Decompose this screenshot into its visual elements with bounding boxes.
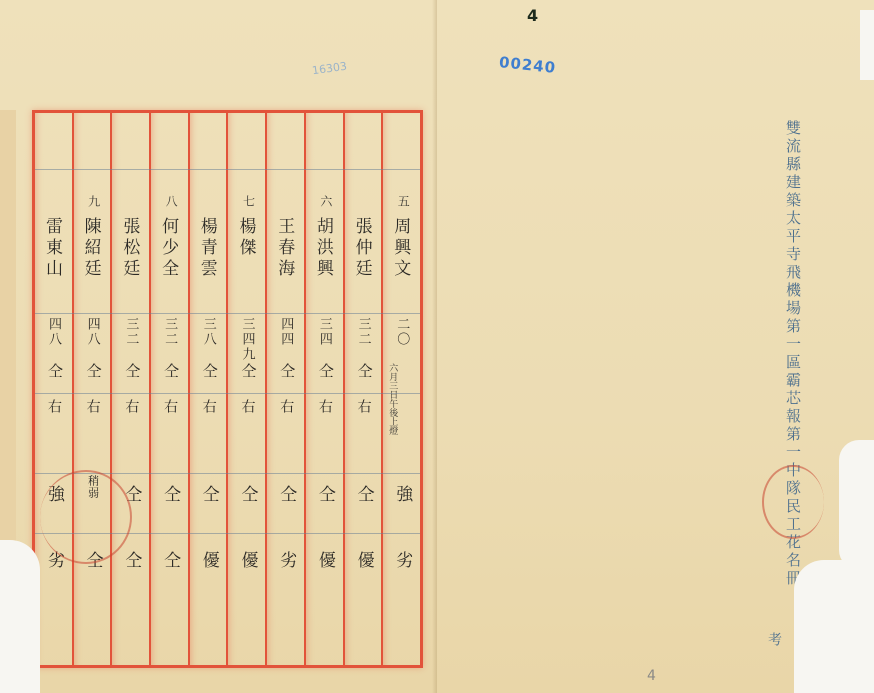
laborer-name: 張松廷 bbox=[120, 217, 137, 280]
red-seal-right bbox=[762, 465, 824, 539]
ledger-row: 楊青雲三八仝右仝優 bbox=[188, 113, 227, 665]
side-mark: 右 bbox=[202, 399, 216, 417]
same-mark: 仝 bbox=[357, 363, 372, 382]
ledger-row: 王春海四四仝右仝劣 bbox=[265, 113, 304, 665]
same-mark: 仝 bbox=[47, 363, 62, 382]
same-mark: 仝 bbox=[318, 363, 333, 382]
laborer-age: 二〇 bbox=[395, 317, 408, 347]
page-number-mark: 4 bbox=[527, 6, 538, 25]
work-grade: 優 bbox=[200, 551, 217, 572]
health-strength: 強 bbox=[393, 485, 410, 506]
date-note: 六月三日午後上燈 bbox=[387, 363, 396, 463]
work-grade: 劣 bbox=[393, 551, 410, 572]
laborer-age: 四八 bbox=[86, 317, 99, 347]
ledger-row: 雷東山四八仝右強劣 bbox=[35, 113, 72, 665]
row-number: 九 bbox=[88, 195, 100, 207]
same-mark: 仝 bbox=[202, 363, 217, 382]
right-page: 4 00240 隊副隊別姓名年齡體格強弱 勞動力 工作成績 備註備考一中隊第一隊… bbox=[437, 0, 874, 693]
ledger-row: 張仲廷三二仝右仝優 bbox=[343, 113, 382, 665]
same-mark: 仝 bbox=[240, 363, 255, 382]
blue-archive-stamp: 00240 bbox=[498, 53, 557, 77]
laborer-age: 三四 bbox=[318, 317, 331, 347]
document-spread: 16303 五周興文二〇六月三日午後上燈強劣張仲廷三二仝右仝優六胡洪興三四仝右仝… bbox=[0, 0, 874, 693]
work-grade: 優 bbox=[316, 551, 333, 572]
laborer-age: 三八 bbox=[202, 317, 215, 347]
laborer-name: 雷東山 bbox=[43, 217, 60, 280]
work-grade: 優 bbox=[355, 551, 372, 572]
side-mark: 右 bbox=[357, 399, 371, 417]
side-mark: 右 bbox=[240, 399, 254, 417]
side-mark: 右 bbox=[86, 399, 100, 417]
work-grade: 劣 bbox=[277, 551, 294, 572]
same-mark: 仝 bbox=[124, 363, 139, 382]
laborer-age: 四四 bbox=[279, 317, 292, 347]
row-number: 五 bbox=[397, 195, 409, 207]
pencil-mark: 4 bbox=[647, 668, 656, 684]
laborer-age: 三二 bbox=[357, 317, 370, 347]
laborer-age: 三二 bbox=[124, 317, 137, 347]
ledger-row: 七楊傑三四九仝右仝優 bbox=[226, 113, 265, 665]
laborer-name: 王春海 bbox=[275, 217, 292, 280]
side-mark: 右 bbox=[47, 399, 61, 417]
ledger-row: 八何少全三二仝右仝仝 bbox=[149, 113, 188, 665]
ledger-row: 張松廷三二仝右仝仝 bbox=[110, 113, 149, 665]
laborer-age: 三二 bbox=[163, 317, 176, 347]
row-number: 八 bbox=[165, 195, 177, 207]
side-mark: 右 bbox=[124, 399, 138, 417]
laborer-name: 何少全 bbox=[159, 217, 176, 280]
remark-mark: 考 bbox=[767, 632, 781, 650]
same-mark: 仝 bbox=[163, 363, 178, 382]
faint-archive-stamp: 16303 bbox=[311, 60, 347, 78]
work-grade: 優 bbox=[238, 551, 255, 572]
left-page: 16303 五周興文二〇六月三日午後上燈強劣張仲廷三二仝右仝優六胡洪興三四仝右仝… bbox=[0, 0, 437, 693]
laborer-name: 楊傑 bbox=[236, 217, 253, 259]
laborer-name: 胡洪興 bbox=[314, 217, 331, 280]
laborer-name: 周興文 bbox=[391, 217, 408, 280]
row-number: 六 bbox=[320, 195, 332, 207]
ledger-row: 五周興文二〇六月三日午後上燈強劣 bbox=[381, 113, 420, 665]
ledger-row: 六胡洪興三四仝右仝優 bbox=[304, 113, 343, 665]
health-strength: 仝 bbox=[277, 485, 294, 506]
row-number: 七 bbox=[242, 195, 254, 207]
laborer-age: 四八 bbox=[47, 317, 60, 347]
health-strength: 仝 bbox=[161, 485, 178, 506]
ledger-row: 九陳紹廷四八仝右稍弱仝 bbox=[72, 113, 111, 665]
health-strength: 仝 bbox=[316, 485, 333, 506]
same-mark: 仝 bbox=[279, 363, 294, 382]
health-strength: 仝 bbox=[355, 485, 372, 506]
laborer-name: 陳紹廷 bbox=[82, 217, 99, 280]
work-grade: 仝 bbox=[122, 551, 139, 572]
same-mark: 仝 bbox=[86, 363, 101, 382]
work-grade: 仝 bbox=[161, 551, 178, 572]
laborer-name: 張仲廷 bbox=[353, 217, 370, 280]
left-ledger-frame: 五周興文二〇六月三日午後上燈強劣張仲廷三二仝右仝優六胡洪興三四仝右仝優王春海四四… bbox=[32, 110, 423, 668]
laborer-age: 三四九 bbox=[240, 317, 253, 362]
red-seal-left bbox=[40, 470, 132, 564]
health-strength: 仝 bbox=[238, 485, 255, 506]
health-strength: 仝 bbox=[200, 485, 217, 506]
side-mark: 右 bbox=[318, 399, 332, 417]
laborer-name: 楊青雲 bbox=[198, 217, 215, 280]
side-mark: 右 bbox=[279, 399, 293, 417]
side-mark: 右 bbox=[163, 399, 177, 417]
